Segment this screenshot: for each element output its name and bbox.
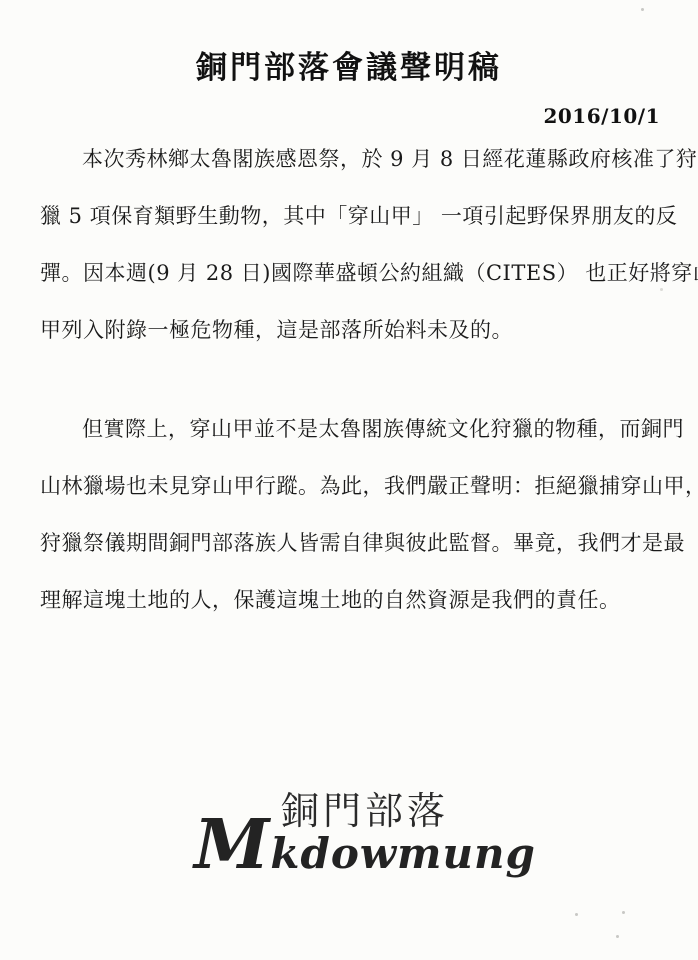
scan-speckle <box>660 288 663 291</box>
paragraph-2: 但實際上，穿山甲並不是太魯閣族傳統文化狩獵的物種，而銅門 山林獵場也未見穿山甲行… <box>40 401 662 629</box>
body-line: 狩獵祭儀期間銅門部落族人皆需自律與彼此監督。畢竟，我們才是最 <box>40 515 662 572</box>
document-date: 2016/10/1 <box>543 104 660 128</box>
scan-speckle <box>641 8 644 11</box>
scan-speckle <box>575 913 578 916</box>
signature-block: 銅門部落 Mkdowmung <box>16 780 698 878</box>
body-line: 理解這塊土地的人，保護這塊土地的自然資源是我們的責任。 <box>40 572 662 629</box>
scan-speckle <box>622 911 625 914</box>
document-title: 銅門部落會議聲明稿 <box>0 42 698 87</box>
paragraph-1: 本次秀林鄉太魯閣族感恩祭，於 9 月 8 日經花蓮縣政府核准了狩 獵 5 項保育… <box>40 131 662 359</box>
body-line: 但實際上，穿山甲並不是太魯閣族傳統文化狩獵的物種，而銅門 <box>40 401 662 458</box>
document-page: 銅門部落會議聲明稿 2016/10/1 本次秀林鄉太魯閣族感恩祭，於 9 月 8… <box>0 0 698 960</box>
body-line: 山林獵場也未見穿山甲行蹤。為此，我們嚴正聲明：拒絕獵捕穿山甲， <box>40 458 662 515</box>
scan-speckle <box>616 935 619 938</box>
body-line: 獵 5 項保育類野生動物，其中「穿山甲」 一項引起野保界朋友的反 <box>40 188 662 245</box>
signature-romanized: Mkdowmung <box>16 825 698 878</box>
body-line: 本次秀林鄉太魯閣族感恩祭，於 9 月 8 日經花蓮縣政府核准了狩 <box>40 131 662 188</box>
body-line: 甲列入附錄一極危物種，這是部落所始料未及的。 <box>40 302 662 359</box>
body-line: 彈。因本週(9 月 28 日)國際華盛頓公約組織（CITES） 也正好將穿山 <box>40 245 662 302</box>
